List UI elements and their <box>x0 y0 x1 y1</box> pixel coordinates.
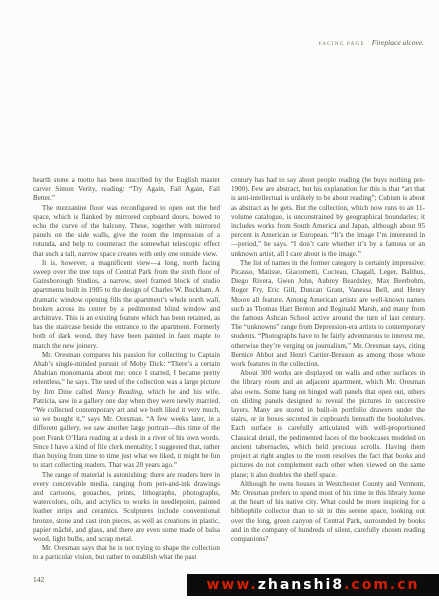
paragraph: Mr. Oresman compares his passion for col… <box>33 351 220 471</box>
paragraph: century has had to say about people read… <box>231 176 425 259</box>
watermark-banner: www.zhanshi8.com.cn <box>187 574 439 596</box>
paragraph: The mezzanine floor was reconfigured to … <box>33 204 220 259</box>
caption-label: FACING PAGE <box>318 41 364 47</box>
text-block: hearth stone a motto has been inscribed … <box>33 176 425 563</box>
page-number: 142 <box>33 575 44 584</box>
watermark-name: zhanshi8 <box>258 577 344 593</box>
text-column-left: hearth stone a motto has been inscribed … <box>33 176 220 563</box>
watermark-suffix: .com.cn <box>344 577 419 593</box>
text-column-right: century has had to say about people read… <box>231 176 425 563</box>
paragraph: Mr. Oresman says that he is not trying t… <box>33 544 220 562</box>
running-caption: FACING PAGE Fireplace alcove. <box>318 32 424 50</box>
paragraph: About 300 works are displayed on walls a… <box>231 369 425 479</box>
watermark-prefix: www. <box>206 577 257 593</box>
paragraph: It is, however, a magnificent view—a lon… <box>33 259 220 351</box>
paragraph: The list of names in the former category… <box>231 259 425 369</box>
paragraph: The range of material is astonishing: th… <box>33 471 220 545</box>
book-page: FACING PAGE Fireplace alcove. hearth sto… <box>0 0 439 600</box>
paragraph: hearth stone a motto has been inscribed … <box>33 176 220 204</box>
paragraph: Although he owns houses in Westchester C… <box>231 480 425 544</box>
caption-text: Fireplace alcove. <box>372 38 424 47</box>
